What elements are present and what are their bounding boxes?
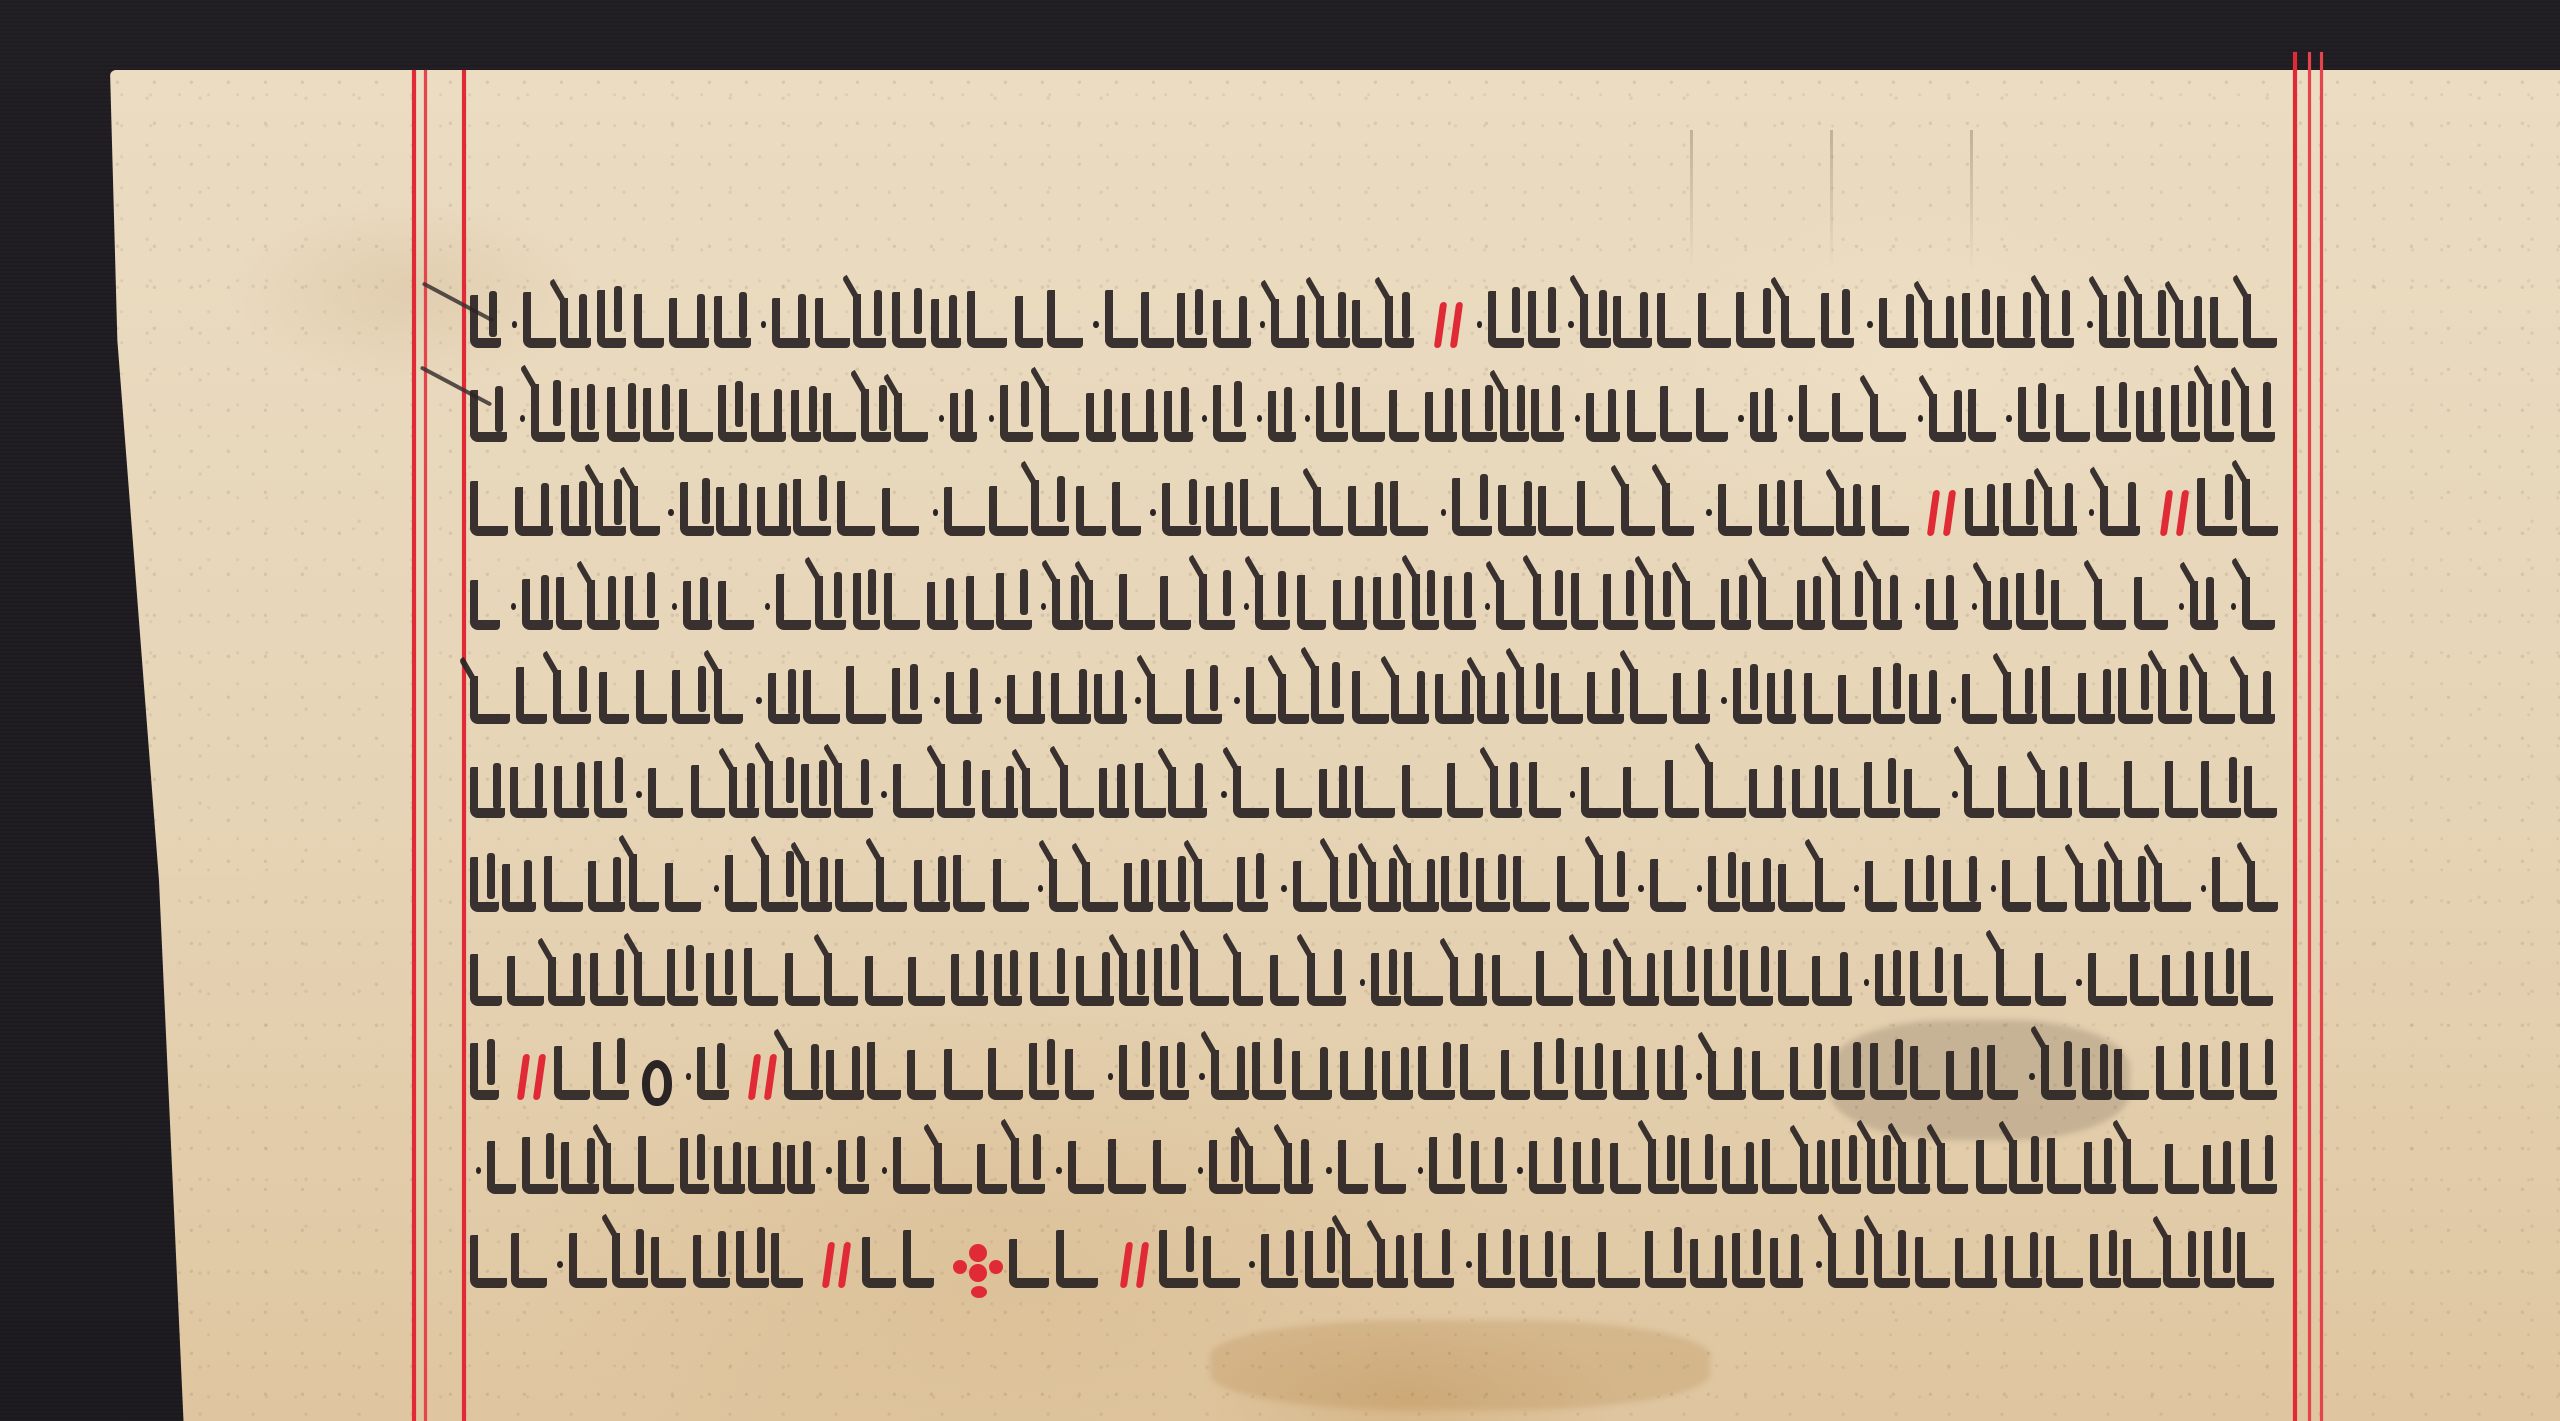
script-glyph xyxy=(2210,297,2238,348)
visarga-dot xyxy=(1260,321,1265,328)
script-glyph xyxy=(951,954,987,1006)
script-glyph xyxy=(1562,1236,1595,1288)
script-glyph xyxy=(590,953,628,1006)
script-glyph xyxy=(643,388,674,442)
script-glyph xyxy=(791,390,820,442)
script-glyph xyxy=(1391,675,1429,724)
script-glyph xyxy=(1190,949,1229,1006)
script-glyph xyxy=(1621,484,1656,536)
script-glyph xyxy=(718,581,753,630)
manuscript-line xyxy=(470,936,2280,1030)
script-glyph xyxy=(1160,576,1191,630)
script-glyph xyxy=(1867,1139,1896,1194)
script-glyph xyxy=(2175,300,2206,348)
script-glyph xyxy=(1575,1047,1607,1100)
visarga-dot xyxy=(2179,603,2184,610)
script-glyph xyxy=(1402,765,1442,818)
script-glyph xyxy=(597,290,626,348)
script-glyph xyxy=(1153,1140,1186,1194)
script-glyph xyxy=(1665,760,1699,818)
script-glyph xyxy=(1162,483,1201,536)
script-glyph xyxy=(2204,1231,2235,1288)
visarga-dot xyxy=(1854,885,1859,892)
verse-numeral xyxy=(642,1060,672,1106)
visarga-dot xyxy=(756,697,762,704)
script-glyph xyxy=(1520,1235,1557,1288)
script-glyph xyxy=(837,481,875,536)
script-glyph xyxy=(1533,574,1567,630)
script-glyph xyxy=(1800,1144,1829,1194)
script-glyph xyxy=(744,948,779,1006)
script-glyph xyxy=(1529,762,1561,818)
script-glyph xyxy=(1000,385,1034,442)
script-glyph xyxy=(1832,1139,1861,1194)
script-glyph xyxy=(1292,1051,1331,1100)
script-glyph xyxy=(2003,672,2037,724)
visarga-dot xyxy=(1638,885,1643,892)
script-glyph xyxy=(554,766,589,818)
script-glyph xyxy=(725,855,757,912)
script-glyph xyxy=(1579,953,1615,1006)
script-glyph xyxy=(1158,860,1190,912)
script-glyph xyxy=(1441,856,1472,912)
script-glyph xyxy=(1645,575,1675,630)
script-glyph xyxy=(1271,487,1310,536)
script-glyph xyxy=(2134,294,2170,348)
script-glyph xyxy=(1627,390,1656,442)
script-glyph xyxy=(946,672,982,724)
manuscript-line xyxy=(470,1218,2280,1312)
script-glyph xyxy=(1478,1233,1514,1288)
visarga-dot xyxy=(1952,791,1958,798)
visarga-dot xyxy=(1360,979,1366,986)
script-glyph xyxy=(634,294,665,348)
script-glyph xyxy=(1929,394,1966,442)
script-glyph xyxy=(853,573,880,630)
visarga-dot xyxy=(1221,791,1227,798)
script-glyph xyxy=(470,481,508,536)
script-glyph xyxy=(561,485,592,536)
script-glyph xyxy=(629,854,660,912)
script-glyph xyxy=(884,573,920,630)
script-glyph xyxy=(1348,486,1387,536)
script-glyph xyxy=(1721,579,1751,630)
script-glyph xyxy=(1122,393,1159,442)
script-glyph xyxy=(714,296,751,348)
script-glyph xyxy=(748,1146,785,1194)
visarga-dot xyxy=(1257,415,1262,422)
script-glyph xyxy=(571,388,599,442)
script-glyph xyxy=(1209,1140,1243,1194)
script-glyph xyxy=(556,577,583,630)
script-glyph xyxy=(1898,1142,1930,1194)
script-glyph xyxy=(2123,1239,2161,1288)
script-glyph xyxy=(944,487,984,536)
script-glyph xyxy=(1962,674,1997,724)
script-glyph xyxy=(1342,1234,1373,1288)
script-glyph xyxy=(1065,1049,1093,1100)
visarga-dot xyxy=(1281,885,1286,892)
water-stain xyxy=(1210,1320,1710,1410)
right-margin-rule xyxy=(2320,52,2323,1421)
manuscript-line xyxy=(470,1030,2280,1124)
script-glyph xyxy=(996,573,1032,630)
script-glyph xyxy=(1538,486,1573,536)
script-glyph xyxy=(834,763,873,818)
visarga-dot xyxy=(2231,603,2236,610)
script-glyph xyxy=(867,1042,901,1100)
script-glyph xyxy=(1452,478,1491,536)
script-glyph xyxy=(2162,955,2198,1006)
script-glyph xyxy=(706,953,737,1006)
script-glyph xyxy=(2003,483,2038,536)
script-glyph xyxy=(903,1230,934,1288)
script-glyph xyxy=(1718,484,1752,536)
script-glyph xyxy=(560,298,591,348)
script-glyph xyxy=(1271,299,1309,348)
script-glyph xyxy=(1613,296,1651,348)
script-glyph xyxy=(1085,580,1112,630)
script-glyph xyxy=(1389,390,1419,442)
script-glyph xyxy=(927,582,959,630)
left-margin-rule xyxy=(462,70,466,1421)
script-glyph xyxy=(1255,575,1290,630)
script-glyph xyxy=(1983,581,2012,630)
script-glyph xyxy=(2037,770,2072,818)
script-glyph xyxy=(1531,389,1563,442)
script-glyph xyxy=(2082,1048,2113,1100)
script-glyph xyxy=(1094,674,1127,724)
script-glyph xyxy=(1650,859,1686,912)
visarga-dot xyxy=(1721,697,1727,704)
visarga-dot xyxy=(1441,509,1447,516)
script-glyph xyxy=(1368,862,1401,912)
script-glyph xyxy=(2134,577,2169,630)
visarga-dot xyxy=(672,603,677,610)
script-glyph xyxy=(729,767,760,818)
script-glyph xyxy=(1141,292,1175,348)
script-glyph xyxy=(1305,1231,1339,1288)
script-glyph xyxy=(1338,1140,1368,1194)
visarga-dot xyxy=(1041,603,1046,610)
script-glyph xyxy=(1340,1051,1377,1100)
script-glyph xyxy=(1007,675,1045,724)
script-glyph xyxy=(587,580,620,630)
script-glyph xyxy=(2042,666,2075,724)
script-glyph xyxy=(1781,296,1816,348)
script-glyph xyxy=(1704,949,1736,1006)
red-double-danda xyxy=(817,1236,851,1294)
script-glyph xyxy=(1623,957,1659,1006)
script-glyph xyxy=(1108,1139,1146,1194)
script-glyph xyxy=(1498,485,1536,536)
script-glyph xyxy=(2204,384,2234,442)
script-glyph xyxy=(470,580,500,630)
script-glyph xyxy=(1199,574,1235,630)
script-glyph xyxy=(1698,293,1731,348)
script-glyph xyxy=(1603,574,1638,630)
script-glyph xyxy=(1124,863,1152,912)
script-glyph xyxy=(771,1233,803,1288)
script-glyph xyxy=(2156,1046,2194,1100)
script-glyph xyxy=(967,291,1006,348)
visarga-dot xyxy=(1108,1073,1114,1080)
script-glyph xyxy=(1573,1142,1604,1194)
script-glyph xyxy=(2056,394,2090,442)
script-glyph xyxy=(1476,858,1510,912)
script-glyph xyxy=(982,770,1017,818)
script-glyph xyxy=(1838,675,1870,724)
script-glyph xyxy=(2197,478,2237,536)
script-glyph xyxy=(2005,1236,2042,1288)
script-glyph xyxy=(1488,291,1524,348)
visarga-dot xyxy=(761,321,766,328)
script-glyph xyxy=(772,298,810,348)
script-glyph xyxy=(1915,1237,1950,1288)
script-glyph xyxy=(1429,1137,1465,1194)
script-glyph xyxy=(993,859,1029,912)
script-glyph xyxy=(907,1050,936,1100)
script-glyph xyxy=(470,1235,507,1288)
script-glyph xyxy=(776,574,811,630)
script-glyph xyxy=(2075,863,2109,912)
script-glyph xyxy=(470,857,499,912)
script-glyph xyxy=(1414,1233,1454,1288)
visarga-dot xyxy=(1951,697,1957,704)
script-glyph xyxy=(1352,671,1389,724)
script-glyph xyxy=(1836,488,1865,536)
script-glyph xyxy=(1056,1230,1098,1288)
script-glyph xyxy=(1390,481,1428,536)
script-glyph xyxy=(1551,673,1583,724)
script-glyph xyxy=(569,1233,607,1288)
script-glyph xyxy=(470,390,507,442)
script-glyph xyxy=(2247,861,2278,912)
script-glyph xyxy=(1496,580,1525,630)
script-glyph xyxy=(1076,956,1114,1006)
script-glyph xyxy=(1598,1232,1640,1288)
script-glyph xyxy=(1821,293,1854,348)
visarga-dot xyxy=(1816,1261,1822,1268)
manuscript-line xyxy=(470,278,2280,372)
script-glyph xyxy=(1613,1050,1649,1100)
script-glyph xyxy=(1159,1230,1198,1288)
script-glyph xyxy=(561,1142,600,1194)
script-glyph xyxy=(757,487,792,536)
script-glyph xyxy=(1571,573,1598,630)
script-glyph xyxy=(470,676,510,724)
visarga-dot xyxy=(1972,603,1977,610)
paper-crease xyxy=(1690,130,1693,270)
script-glyph xyxy=(1261,1234,1298,1288)
visarga-dot xyxy=(1038,885,1043,892)
script-glyph xyxy=(1864,762,1901,818)
visarga-dot xyxy=(1305,415,1310,422)
script-glyph xyxy=(2114,1049,2149,1100)
script-glyph xyxy=(1580,294,1611,348)
script-glyph xyxy=(1418,1046,1455,1100)
script-glyph xyxy=(1790,1047,1826,1100)
red-double-danda xyxy=(1922,484,1954,542)
script-glyph xyxy=(1752,1051,1784,1100)
script-glyph xyxy=(892,292,926,348)
script-glyph xyxy=(1874,1234,1910,1288)
script-glyph xyxy=(934,1143,973,1194)
script-glyph xyxy=(1557,856,1589,912)
red-ornament-numeral xyxy=(949,1240,1001,1302)
script-glyph xyxy=(1799,385,1828,442)
script-glyph xyxy=(1767,673,1796,724)
script-glyph xyxy=(1750,392,1778,442)
script-glyph xyxy=(1831,1046,1864,1100)
script-glyph xyxy=(1662,483,1694,536)
script-glyph xyxy=(793,479,831,536)
script-glyph xyxy=(1657,293,1691,348)
script-glyph xyxy=(2241,386,2275,442)
script-glyph xyxy=(1278,674,1310,724)
script-glyph xyxy=(2130,954,2158,1006)
visarga-dot xyxy=(686,1073,692,1080)
visarga-dot xyxy=(939,415,944,422)
script-glyph xyxy=(1252,1042,1286,1100)
visarga-dot xyxy=(520,415,525,422)
visarga-dot xyxy=(1135,697,1141,704)
manuscript-line xyxy=(470,372,2280,466)
script-glyph xyxy=(1660,386,1691,442)
script-glyph xyxy=(1648,1139,1680,1194)
visarga-dot xyxy=(765,603,770,610)
script-glyph xyxy=(1015,296,1043,348)
script-glyph xyxy=(2094,579,2126,630)
script-glyph xyxy=(2002,860,2031,912)
script-glyph xyxy=(823,393,857,442)
script-glyph xyxy=(697,1047,729,1100)
script-glyph xyxy=(1516,667,1548,724)
script-glyph xyxy=(1792,769,1827,818)
script-glyph xyxy=(1011,1138,1046,1194)
script-glyph xyxy=(523,292,556,348)
visarga-dot xyxy=(668,509,674,516)
visarga-dot xyxy=(1918,415,1923,422)
script-glyph xyxy=(672,670,710,724)
visarga-dot xyxy=(989,415,994,422)
script-glyph xyxy=(865,956,903,1006)
script-glyph xyxy=(2237,1232,2274,1288)
script-glyph xyxy=(1203,1236,1239,1288)
left-margin-rule xyxy=(424,70,427,1421)
script-glyph xyxy=(861,389,891,442)
script-glyph xyxy=(765,761,798,818)
script-glyph xyxy=(1135,763,1166,818)
script-glyph xyxy=(2201,761,2240,818)
script-glyph xyxy=(1490,766,1522,818)
script-glyph xyxy=(2016,573,2048,630)
script-glyph xyxy=(1722,1146,1758,1194)
script-glyph xyxy=(1240,479,1269,536)
script-glyph xyxy=(2243,294,2277,348)
script-glyph xyxy=(2084,1142,2117,1194)
script-glyph xyxy=(1293,861,1327,912)
script-glyph xyxy=(679,389,713,442)
script-glyph xyxy=(1352,387,1386,442)
script-glyph xyxy=(515,487,553,536)
script-glyph xyxy=(1276,768,1312,818)
script-glyph xyxy=(595,483,626,536)
script-glyph xyxy=(882,488,919,536)
script-glyph xyxy=(553,670,591,724)
script-glyph xyxy=(2114,860,2150,912)
script-glyph xyxy=(1213,300,1251,348)
script-glyph xyxy=(1319,769,1352,818)
script-glyph xyxy=(1705,762,1746,818)
script-glyph xyxy=(680,482,715,536)
visarga-dot xyxy=(2201,885,2206,892)
script-glyph xyxy=(1268,391,1296,442)
script-glyph xyxy=(1732,1233,1765,1288)
visarga-dot xyxy=(1991,885,1996,892)
script-glyph xyxy=(1870,1043,1907,1100)
script-glyph xyxy=(630,486,661,536)
script-glyph xyxy=(1865,861,1896,912)
visarga-dot xyxy=(1150,509,1156,516)
script-glyph xyxy=(2018,387,2051,442)
script-glyph xyxy=(1962,293,1994,348)
script-glyph xyxy=(1708,856,1739,912)
script-glyph xyxy=(1284,1143,1313,1194)
script-glyph xyxy=(1147,674,1182,724)
script-glyph xyxy=(1177,293,1207,348)
script-glyph xyxy=(1377,1239,1408,1288)
script-glyph xyxy=(1009,1239,1050,1288)
script-glyph xyxy=(1513,856,1550,912)
script-glyph xyxy=(1762,1139,1798,1194)
script-glyph xyxy=(1673,673,1710,724)
manuscript-line xyxy=(470,560,2280,654)
visarga-dot xyxy=(1056,1167,1061,1174)
visarga-dot xyxy=(1575,415,1580,422)
script-glyph xyxy=(908,957,945,1006)
script-glyph xyxy=(1954,954,1988,1006)
script-glyph xyxy=(1968,389,1996,442)
script-glyph xyxy=(634,952,665,1006)
script-glyph xyxy=(1696,388,1729,442)
script-glyph xyxy=(966,576,993,630)
script-glyph xyxy=(989,486,1028,536)
script-glyph xyxy=(1875,954,1904,1006)
script-glyph xyxy=(2123,1139,2158,1194)
script-glyph xyxy=(1403,863,1439,912)
script-glyph xyxy=(1657,1049,1687,1100)
visarga-dot xyxy=(512,321,517,328)
visarga-dot xyxy=(1867,321,1872,328)
script-glyph xyxy=(1382,1051,1414,1100)
visarga-dot xyxy=(1202,415,1207,422)
script-glyph xyxy=(2009,1140,2043,1194)
script-glyph xyxy=(594,761,627,818)
visarga-dot xyxy=(511,603,516,610)
script-glyph xyxy=(683,581,713,630)
script-glyph xyxy=(1815,858,1845,912)
script-glyph xyxy=(1206,486,1237,536)
script-glyph xyxy=(1873,579,1902,630)
script-glyph xyxy=(894,393,928,442)
visarga-dot xyxy=(557,1261,563,1268)
script-glyph xyxy=(1740,950,1773,1006)
script-glyph xyxy=(2240,675,2275,724)
visarga-dot xyxy=(636,791,642,798)
right-margin-rule xyxy=(2293,52,2297,1421)
visarga-dot xyxy=(1570,791,1576,798)
